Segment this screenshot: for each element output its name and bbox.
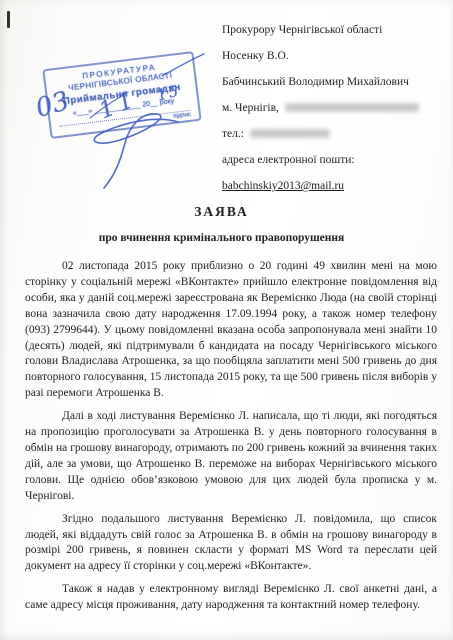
document-subtitle: про вчинення кримінального правопорушенн… — [0, 232, 443, 244]
applicant-address-line: м. Чернігів, — [222, 102, 444, 115]
paragraph-2: Далі в ході листування Веремієнко Л. нап… — [25, 409, 437, 504]
phone-label: тел.: — [222, 128, 244, 140]
document-title: ЗАЯВА — [0, 204, 443, 220]
statement-body: 02 листопада 2015 року приблизно о 20 го… — [25, 259, 437, 621]
redacted-phone — [250, 129, 330, 138]
paragraph-4: Також я надав у електронному вигляді Вер… — [25, 582, 437, 614]
applicant-name: Бабчинський Володимир Михайлович — [222, 76, 444, 89]
applicant-phone-line: тел.: — [222, 128, 444, 141]
applicant-email: babchinskiy2013@mail.ru — [222, 180, 344, 192]
scanned-document-page: ПРОКУРАТУРА ЧЕРНІГІВСЬКОЇ ОБЛАСТІ Прийма… — [0, 0, 453, 640]
handwritten-signature — [30, 48, 230, 198]
recipient-title: Прокурору Чернігівської області — [222, 24, 444, 37]
title-block: ЗАЯВА про вчинення кримінального правопо… — [0, 204, 443, 244]
redacted-address — [285, 103, 419, 112]
recipient-name: Носенку В.О. — [222, 50, 444, 63]
applicant-city: м. Чернігів, — [222, 102, 279, 114]
email-label: адреса електронної пошти: — [222, 154, 444, 167]
scan-edge-artifact — [7, 11, 10, 28]
recipient-block: Прокурору Чернігівської області Носенку … — [222, 24, 444, 206]
paragraph-3: Згідно подальшого листування Веремієнко … — [25, 512, 437, 576]
paragraph-1: 02 листопада 2015 року приблизно о 20 го… — [25, 259, 437, 402]
